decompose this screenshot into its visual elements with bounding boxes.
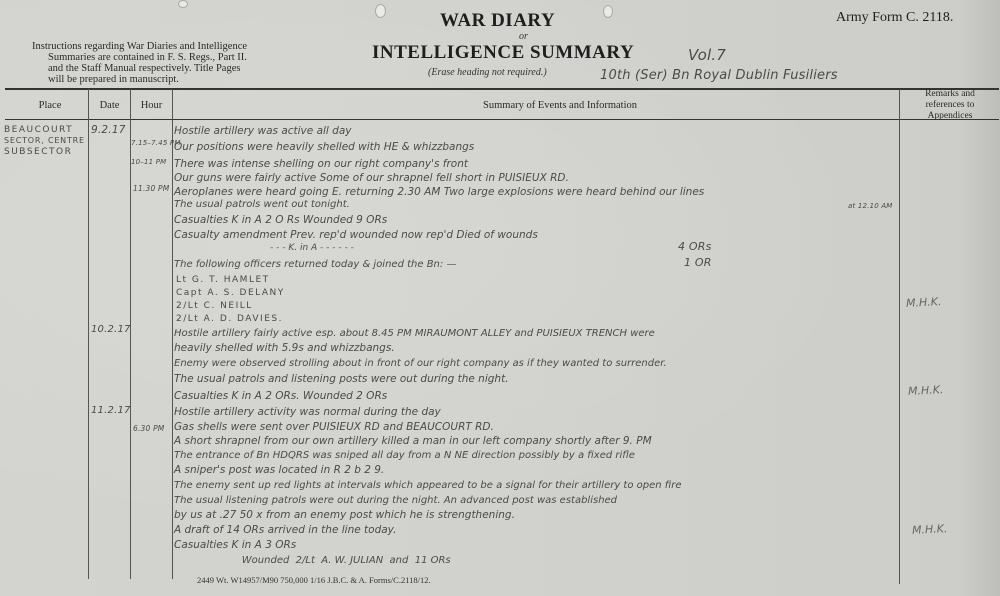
instructions-line: will be prepared in manuscript. — [32, 74, 272, 85]
header-bottom-rule — [5, 119, 999, 120]
form-title: WAR DIARY — [440, 10, 555, 32]
officer-name: Capt A. S. DELANY — [176, 288, 285, 298]
summary-line: The entrance of Bn HDQRS was sniped all … — [174, 450, 635, 461]
summary-line: Gas shells were sent over PUISIEUX RD an… — [174, 421, 494, 433]
summary-line: Our guns were fairly active Some of our … — [174, 172, 569, 184]
summary-line: Hostile artillery fairly active esp. abo… — [174, 328, 655, 339]
erase-note: (Erase heading not required.) — [428, 67, 547, 78]
unit-name: 10th (Ser) Bn Royal Dublin Fusiliers — [600, 68, 838, 83]
summary-line: A short shrapnel from our own artillery … — [174, 435, 652, 447]
casualty-count: 1 OR — [684, 256, 712, 269]
officer-name: Lt G. T. HAMLET — [176, 275, 270, 285]
army-form-number: Army Form C. 2118. — [836, 10, 953, 26]
instructions-line: and the Staff Manual respectively. Title… — [32, 63, 272, 74]
col-divider — [172, 89, 173, 579]
summary-line: Our positions were heavily shelled with … — [174, 141, 474, 153]
place-line: SECTOR, CENTRE — [4, 136, 85, 145]
summary-line: Casualties K in A 3 ORs — [174, 539, 296, 551]
summary-line: Aeroplanes were heard going E. returning… — [174, 186, 704, 198]
col-header-summary: Summary of Events and Information — [420, 100, 700, 111]
form-subtitle: INTELLIGENCE SUMMARY — [372, 42, 634, 64]
summary-line: The usual listening patrols were out dur… — [174, 495, 617, 506]
officer-name: 2/Lt C. NEILL — [176, 301, 253, 311]
summary-line: by us at .27 50 x from an enemy post whi… — [174, 509, 515, 521]
summary-line: Hostile artillery activity was normal du… — [174, 406, 441, 418]
summary-line: The usual patrols and listening posts we… — [174, 373, 509, 385]
entry-date: 10.2.17 — [91, 324, 131, 335]
place-line: BEAUCOURT — [4, 125, 73, 135]
summary-line: The following officers returned today & … — [174, 259, 456, 270]
summary-line: Wounded 2/Lt A. W. JULIAN and 11 ORs — [210, 555, 451, 566]
remarks-initials: M.H.K. — [912, 522, 948, 537]
form-or: or — [519, 31, 528, 42]
summary-line: A sniper's post was located in R 2 b 2 9… — [174, 464, 384, 476]
entry-hour: 6.30 PM — [133, 424, 164, 433]
summary-line: Hostile artillery was active all day — [174, 125, 352, 137]
summary-line: Casualties K in A 2 O Rs Wounded 9 ORs — [174, 214, 387, 226]
print-code: 2449 Wt. W14957/M90 750,000 1/16 J.B.C. … — [197, 575, 431, 585]
place-line: SUBSECTOR — [4, 147, 72, 157]
punch-hole — [178, 0, 188, 8]
col-header-hour: Hour — [131, 100, 172, 111]
summary-note: at 12.10 AM — [848, 202, 893, 210]
entry-date: 9.2.17 — [91, 124, 126, 136]
volume-label: Vol.7 — [688, 46, 726, 64]
summary-line: There was intense shelling on our right … — [174, 158, 468, 170]
officer-name: 2/Lt A. D. DAVIES. — [176, 314, 283, 324]
summary-line: - - - K. in A - - - - - - — [270, 243, 354, 253]
instructions-line: Instructions regarding War Diaries and I… — [32, 41, 272, 52]
remarks-initials: M.H.K. — [906, 295, 942, 310]
col-header-date: Date — [89, 100, 130, 111]
entry-hour: 10–11 PM — [131, 158, 166, 166]
punch-hole — [603, 5, 613, 18]
remarks-initials: M.H.K. — [908, 383, 944, 398]
casualty-count: 4 ORs — [678, 240, 712, 253]
summary-line: The usual patrols went out tonight. — [174, 199, 350, 210]
summary-line: heavily shelled with 5.9s and whizzbangs… — [174, 342, 395, 354]
entry-hour: 11.30 PM — [133, 184, 169, 193]
remarks-line: Remarks and — [903, 89, 997, 100]
entry-date: 11.2.17 — [91, 405, 131, 416]
instructions-line: Summaries are contained in F. S. Regs., … — [32, 52, 272, 63]
col-divider — [899, 89, 900, 584]
col-header-place: Place — [20, 100, 80, 111]
remarks-line: references to — [903, 100, 997, 111]
col-divider — [88, 89, 89, 579]
summary-line: The enemy sent up red lights at interval… — [174, 480, 682, 491]
summary-line: Enemy were observed strolling about in f… — [174, 358, 667, 369]
table-top-rule — [5, 88, 999, 90]
punch-hole — [375, 4, 386, 18]
war-diary-page: WAR DIARY or INTELLIGENCE SUMMARY (Erase… — [0, 0, 1000, 596]
instructions: Instructions regarding War Diaries and I… — [32, 41, 272, 85]
col-header-remarks: Remarks and references to Appendices — [903, 89, 997, 122]
summary-line: Casualties K in A 2 ORs. Wounded 2 ORs — [174, 390, 387, 402]
summary-line: Casualty amendment Prev. rep'd wounded n… — [174, 229, 538, 241]
remarks-line: Appendices — [903, 111, 997, 122]
summary-line: A draft of 14 ORs arrived in the line to… — [174, 524, 396, 536]
